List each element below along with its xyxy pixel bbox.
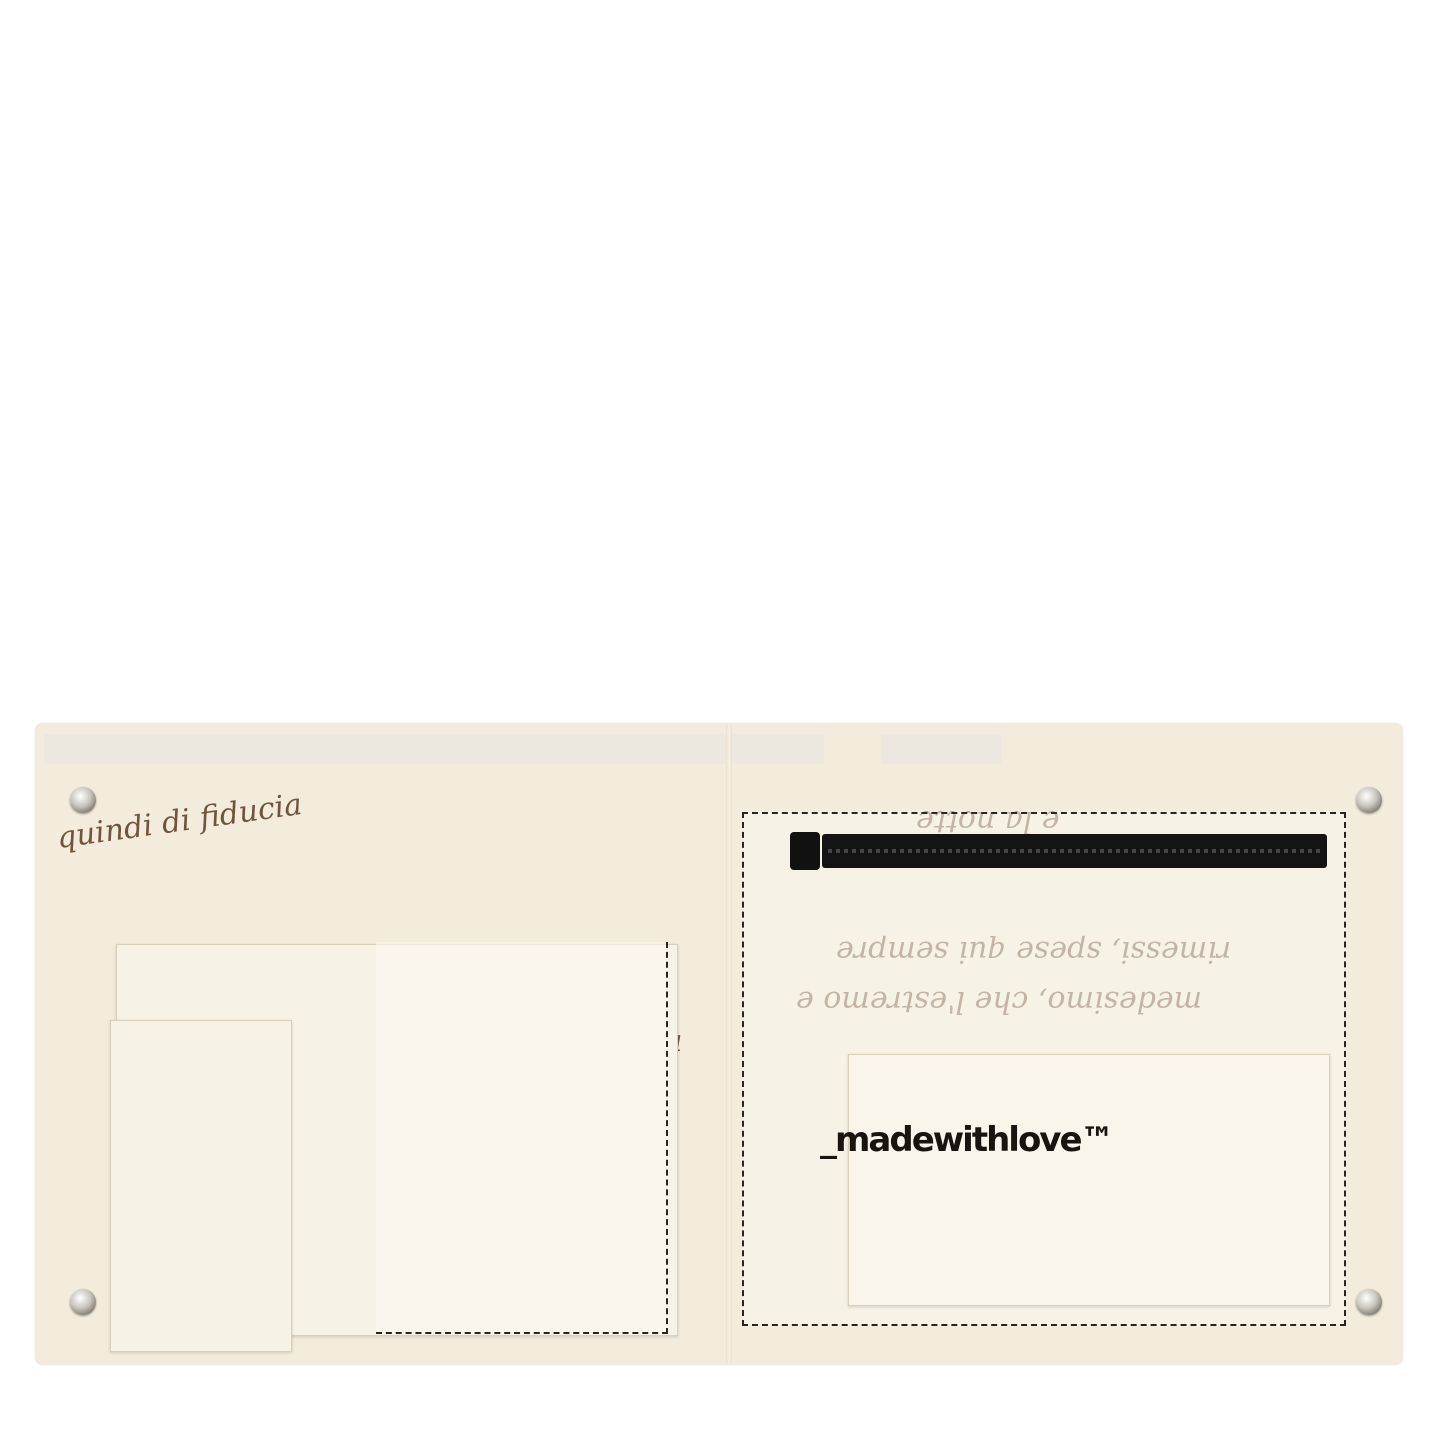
rivet — [70, 1289, 96, 1315]
brand-logo: _madewithlove™ — [820, 1120, 1113, 1160]
card-slot-stitch — [376, 942, 668, 1334]
rivet — [1356, 1289, 1382, 1315]
card-slot-front[interactable] — [110, 1020, 292, 1352]
newsprint-liner — [44, 734, 824, 764]
id-window-pocket[interactable] — [848, 1054, 1330, 1306]
rivet — [70, 787, 96, 813]
zipper[interactable] — [822, 834, 1327, 868]
zipper-pull[interactable] — [790, 832, 820, 870]
wallet: quindi di fiducia singolar patente d'one… — [36, 724, 1402, 1364]
newsprint-liner-right — [881, 734, 1001, 764]
wallet-fold — [726, 724, 732, 1364]
rivet — [1356, 787, 1382, 813]
